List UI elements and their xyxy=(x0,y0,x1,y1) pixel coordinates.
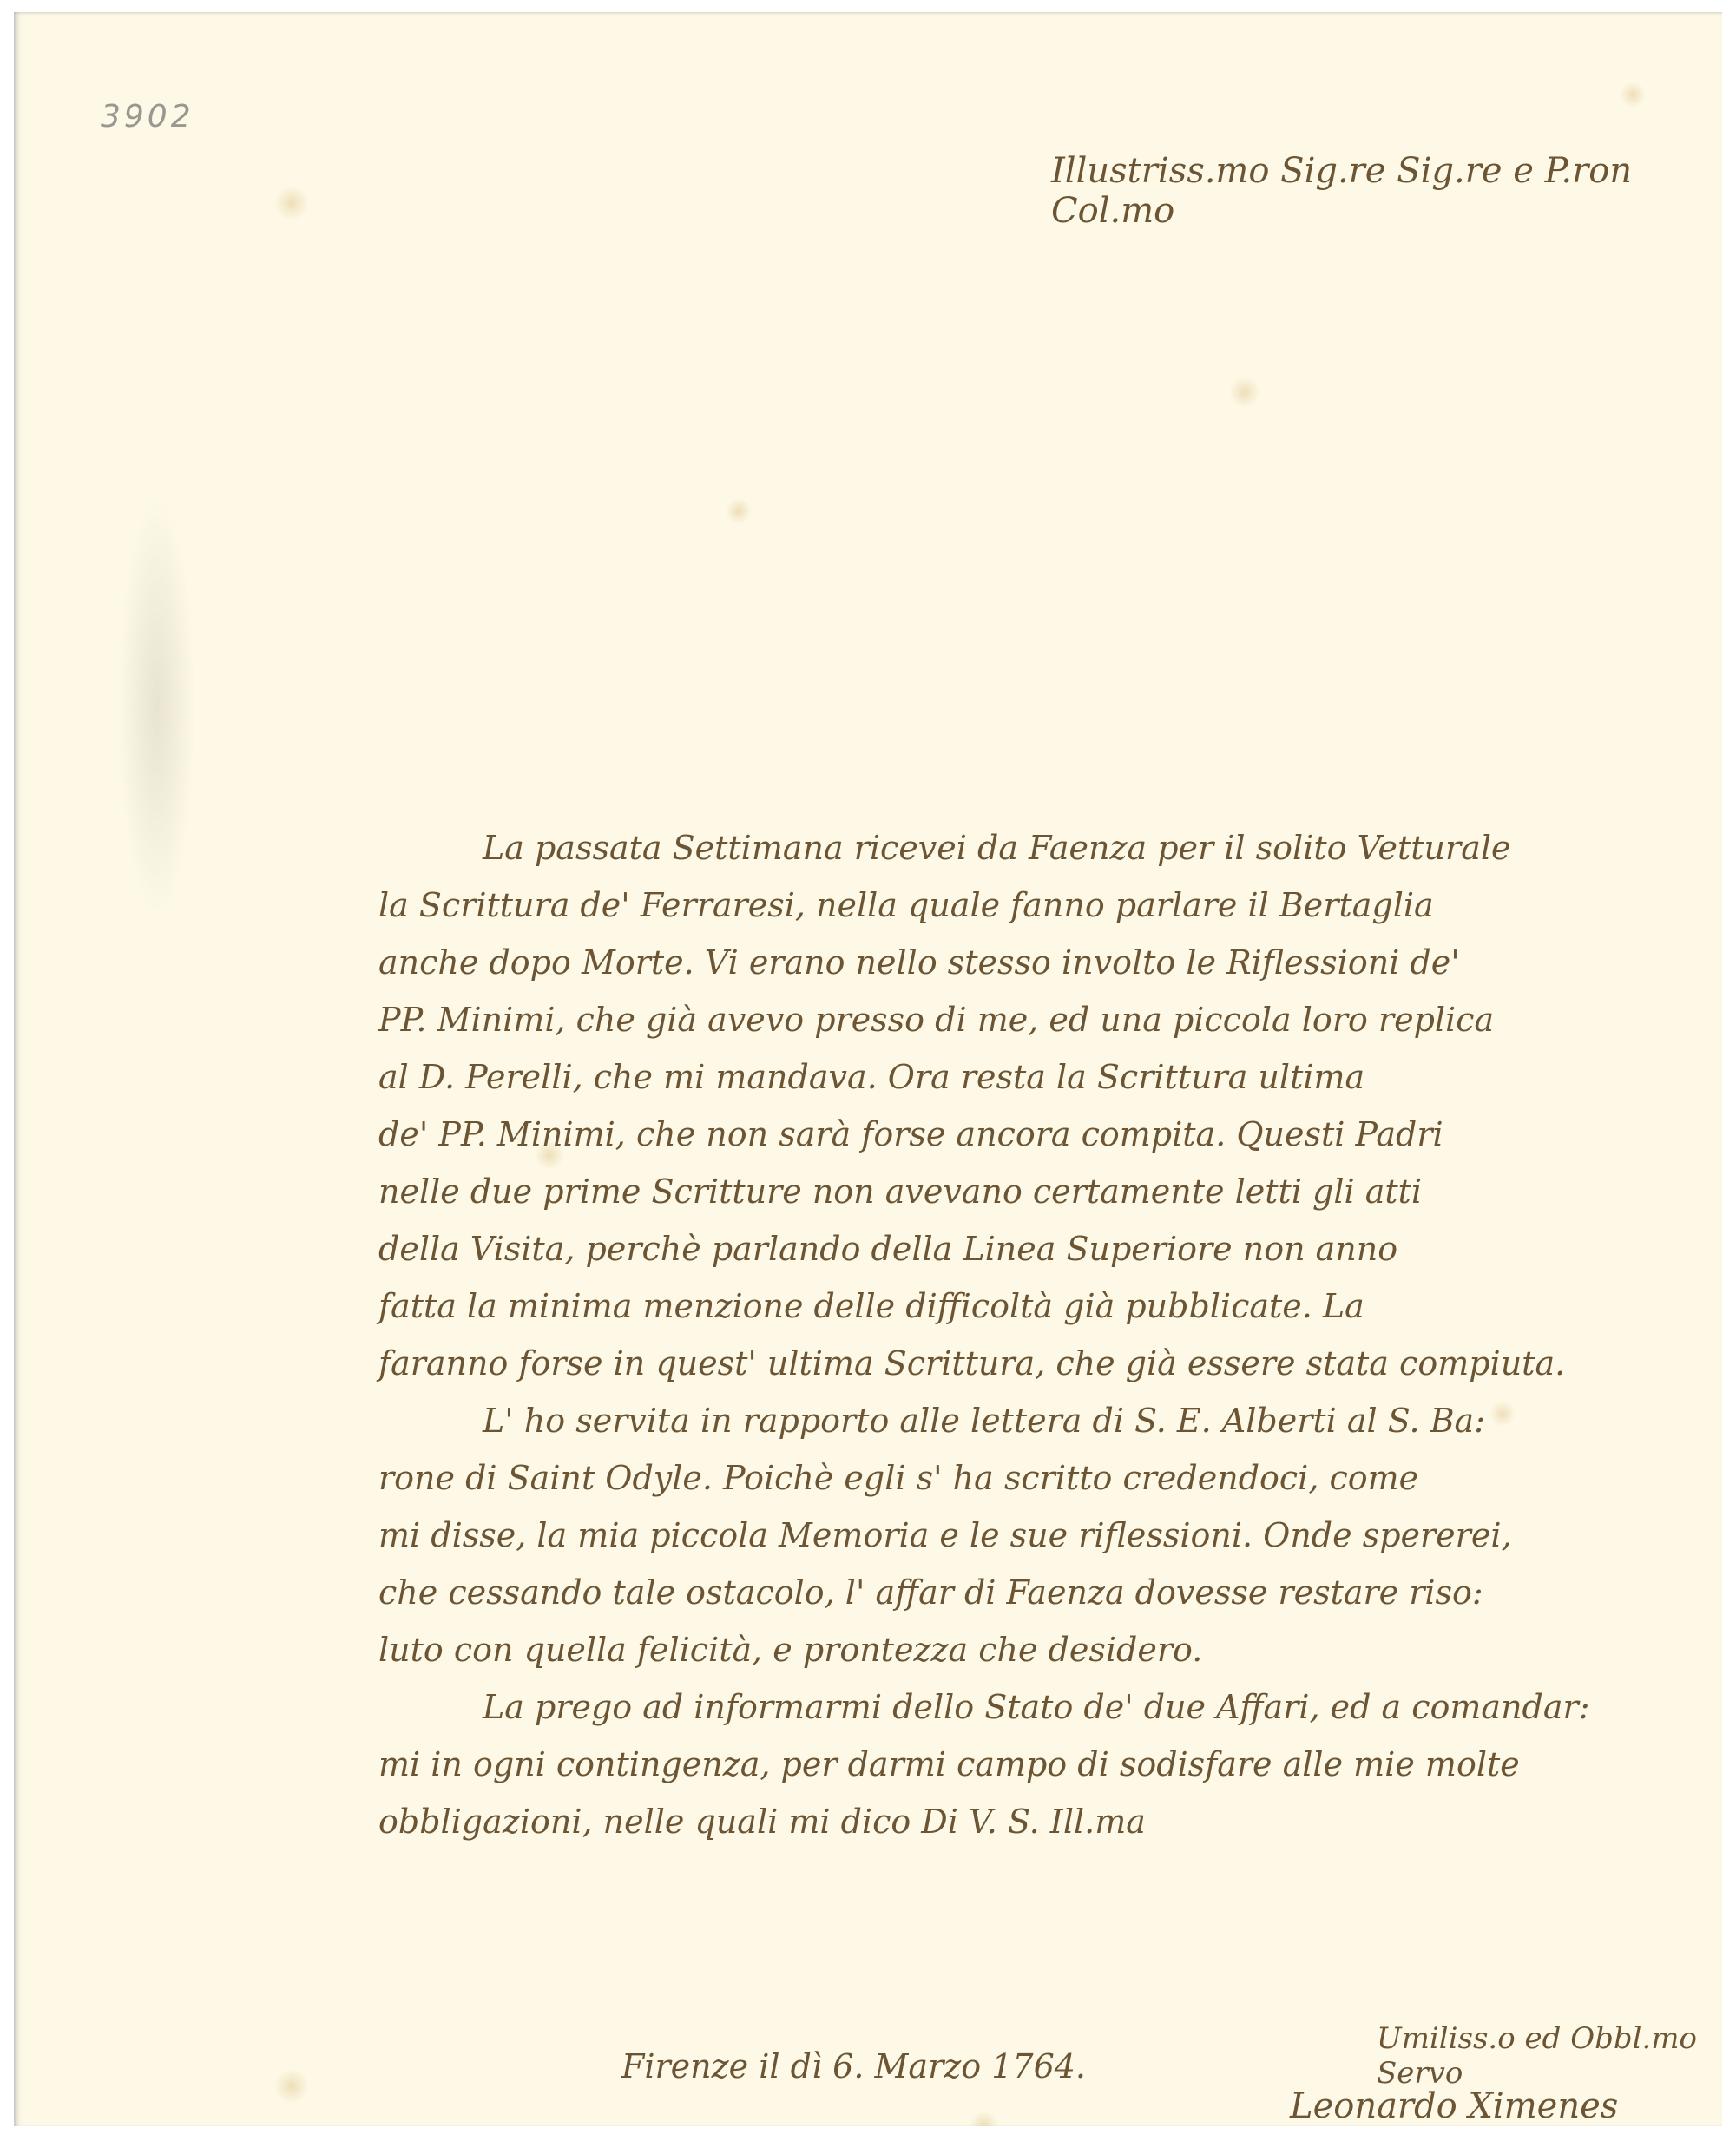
body-line: de' PP. Minimi, che non sarà forse ancor… xyxy=(378,1106,1715,1163)
body-line: obbligazioni, nelle quali mi dico Di V. … xyxy=(378,1793,1715,1850)
paper-smudge xyxy=(118,498,196,915)
body-line: L' ho servita in rapporto alle lettera d… xyxy=(378,1392,1715,1449)
letter-body: La passata Settimana ricevei da Faenza p… xyxy=(378,819,1715,1850)
body-line: luto con quella felicità, e prontezza ch… xyxy=(378,1621,1715,1678)
body-line: rone di Saint Odyle. Poichè egli s' ha s… xyxy=(378,1449,1715,1507)
foxing-spot xyxy=(274,2069,309,2104)
signature: Leonardo Ximenes xyxy=(1290,2086,1618,2126)
foxing-spot xyxy=(1620,82,1646,108)
body-line: mi in ogni contingenza, per darmi campo … xyxy=(378,1736,1715,1793)
body-line: La passata Settimana ricevei da Faenza p… xyxy=(378,819,1715,877)
archive-number: 3902 xyxy=(101,99,194,135)
body-line: al D. Perelli, che mi mandava. Ora resta… xyxy=(378,1048,1715,1106)
body-line: che cessando tale ostacolo, l' affar di … xyxy=(378,1564,1715,1621)
manuscript-page: 3902 Illustriss.mo Sig.re Sig.re e P.ron… xyxy=(14,12,1722,2126)
body-line: della Visita, perchè parlando della Line… xyxy=(378,1220,1715,1277)
body-line: La prego ad informarmi dello Stato de' d… xyxy=(378,1678,1715,1736)
foxing-spot xyxy=(726,498,752,524)
foxing-spot xyxy=(274,186,309,220)
body-line: fatta la minima menzione delle difficolt… xyxy=(378,1277,1715,1335)
body-line: nelle due prime Scritture non avevano ce… xyxy=(378,1163,1715,1220)
body-line: faranno forse in quest' ultima Scrittura… xyxy=(378,1335,1715,1392)
body-line: anche dopo Morte. Vi erano nello stesso … xyxy=(378,934,1715,991)
body-line: mi disse, la mia piccola Memoria e le su… xyxy=(378,1507,1715,1564)
salutation: Illustriss.mo Sig.re Sig.re e P.ron Col.… xyxy=(1051,151,1722,231)
body-line: PP. Minimi, che già avevo presso di me, … xyxy=(378,991,1715,1048)
closing-formula: Umiliss.o ed Obbl.mo Servo xyxy=(1377,2021,1722,2091)
body-line: la Scrittura de' Ferraresi, nella quale … xyxy=(378,877,1715,934)
foxing-spot xyxy=(1229,377,1260,408)
place-and-date: Firenze il dì 6. Marzo 1764. xyxy=(621,2047,1086,2085)
foxing-spot xyxy=(969,2112,1000,2126)
